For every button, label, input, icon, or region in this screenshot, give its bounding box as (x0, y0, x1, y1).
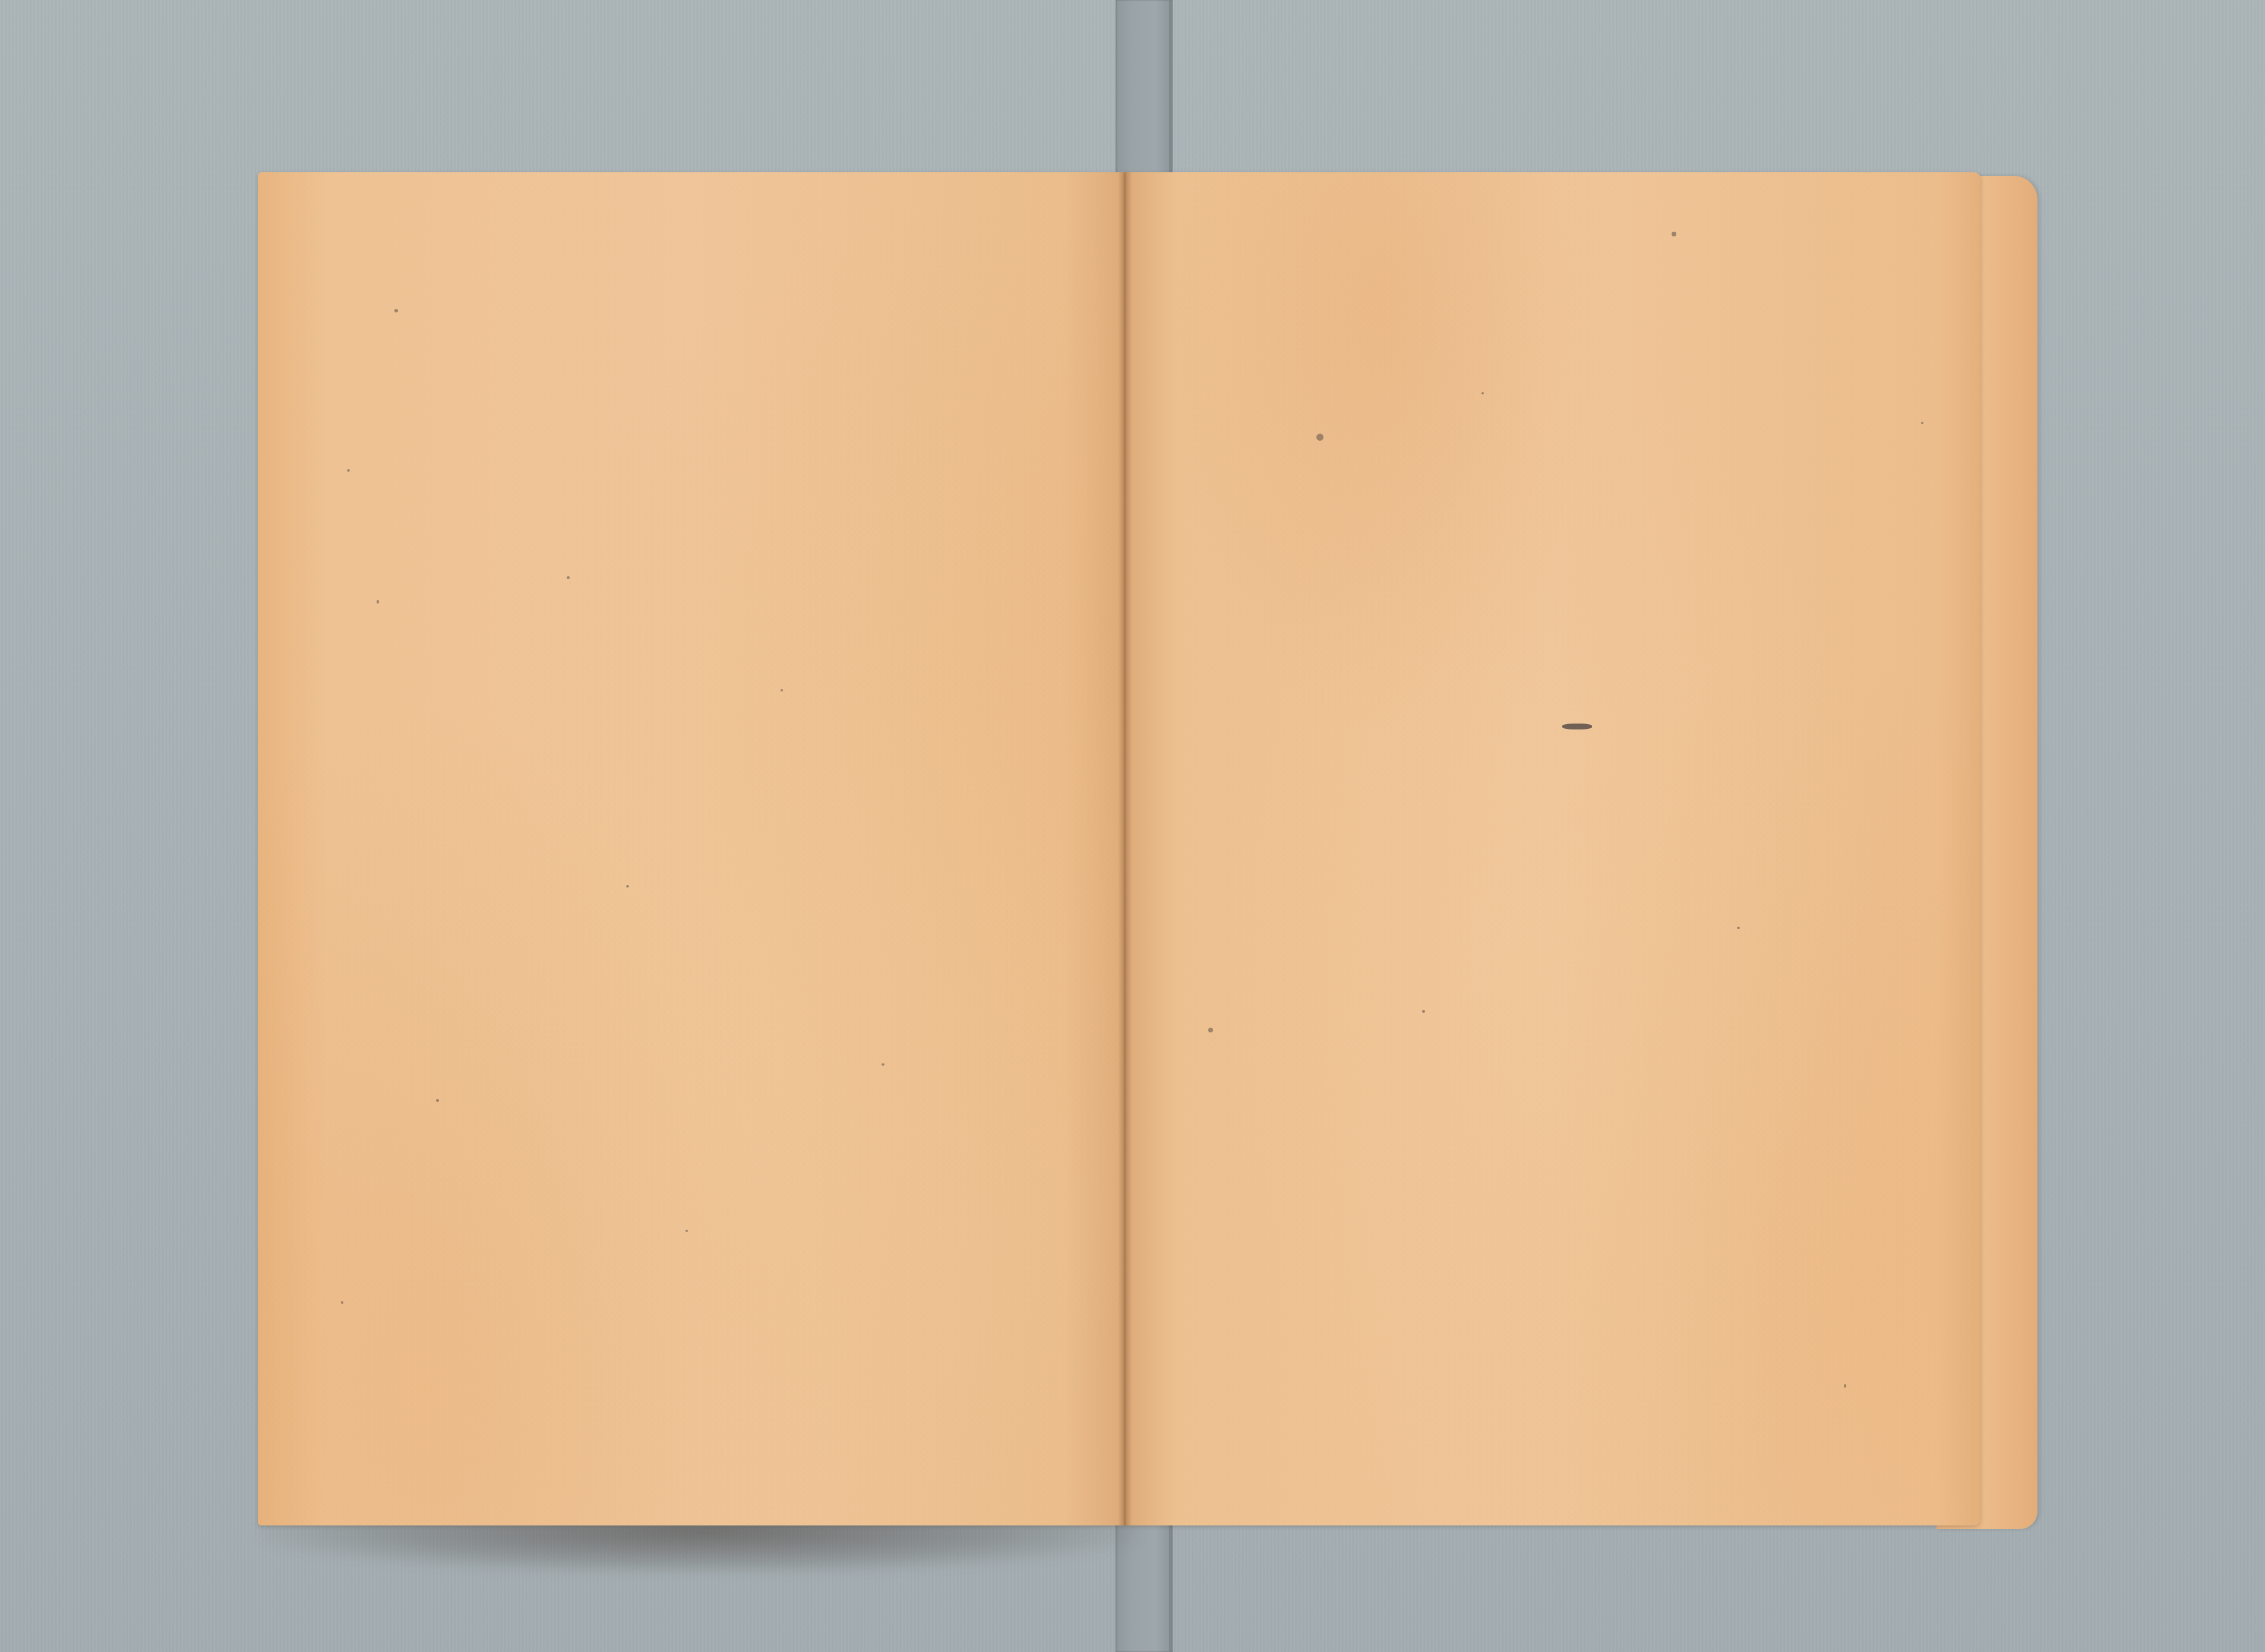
right-page (1125, 172, 1980, 1525)
paper-fleck (394, 309, 398, 312)
paper-fleck (347, 469, 350, 472)
paper-fleck (1844, 1384, 1846, 1388)
paper-fleck (1481, 392, 1484, 394)
paper-fleck (1208, 1028, 1213, 1032)
paper-fleck (685, 1230, 688, 1232)
paper-fleck (882, 1063, 884, 1066)
paper-fleck (567, 576, 570, 579)
paper-fleck (626, 885, 629, 887)
paper-fleck (1672, 232, 1676, 236)
paper-fleck (1737, 927, 1740, 929)
paper-fleck (341, 1301, 343, 1304)
paper-fleck (1921, 422, 1923, 424)
paper-fleck (781, 689, 783, 691)
paper-fleck (436, 1099, 439, 1102)
left-page (258, 172, 1125, 1525)
paper-fleck (1422, 1010, 1425, 1013)
book-gutter (1118, 172, 1132, 1525)
book-shadow (261, 1521, 1141, 1574)
paper-fleck (377, 600, 379, 604)
paper-fleck (1316, 434, 1323, 441)
ink-smudge (1562, 724, 1592, 729)
